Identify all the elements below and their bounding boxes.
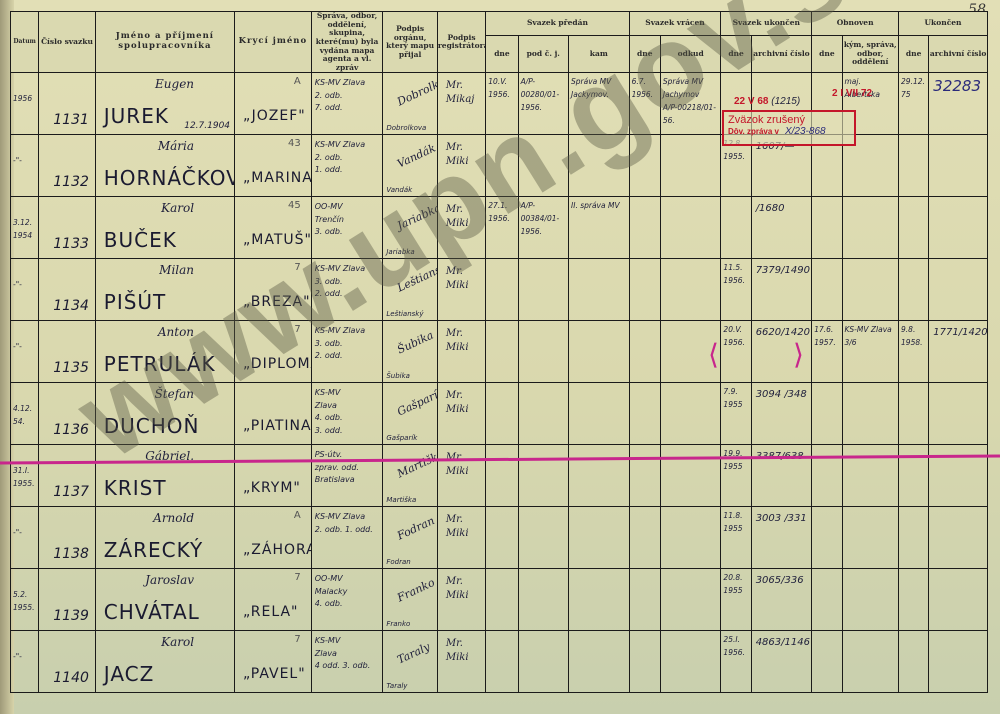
header-jmeno: Jméno a příjmení spolupracovníka bbox=[95, 12, 234, 73]
cell-cislo-svazku: 1138 bbox=[39, 507, 96, 569]
cell-cislo-svazku: 1134 bbox=[39, 259, 96, 321]
cell-datum: 31.I. 1955. bbox=[11, 445, 39, 507]
cell-kryci-jmeno: 43„MARINA" bbox=[235, 135, 312, 197]
cell-obnoven-dne bbox=[812, 631, 842, 693]
cell-datum: 4.12. 54. bbox=[11, 383, 39, 445]
header-datum: Datum bbox=[11, 12, 39, 73]
cell-sprava: KS-MV Zlava2. odb.1. odd. bbox=[311, 135, 383, 197]
cell-jmeno: JaroslavCHVÁTAL bbox=[95, 569, 234, 631]
cell-ukoncen-dne: 20.V.1956. bbox=[721, 321, 751, 383]
cell-podpis-organu: JariabkaJariabka bbox=[383, 197, 437, 259]
cell-konec-dne bbox=[899, 631, 929, 693]
cell-predan-kam bbox=[569, 383, 630, 445]
cell-sprava: OO-MVMalacky4. odb. bbox=[311, 569, 383, 631]
cell-podpis-organu: VandákVandák bbox=[383, 135, 437, 197]
cell-cislo-svazku: 1140 bbox=[39, 631, 96, 693]
cell-predan-kam bbox=[569, 321, 630, 383]
cell-konec-dne bbox=[899, 383, 929, 445]
cell-datum: 3.12. 1954 bbox=[11, 197, 39, 259]
cell-vracen-odkud: Správa MV JachymovA/P-00218/01-56. bbox=[660, 73, 721, 135]
header-obnoven: Obnoven bbox=[812, 12, 899, 36]
cell-predan-dne bbox=[486, 383, 518, 445]
cell-jmeno: KarolBUČEK bbox=[95, 197, 234, 259]
cell-vracen-odkud bbox=[660, 197, 721, 259]
cell-konec-archivni-cislo bbox=[929, 259, 988, 321]
cell-predan-kam: Správa MVJackymov. bbox=[569, 73, 630, 135]
subheader-dne: dne bbox=[486, 35, 518, 73]
header-svazek-ukoncen: Svazek ukončen bbox=[721, 12, 812, 36]
cell-sprava: PS-útv.zprav. odd.Bratislava bbox=[311, 445, 383, 507]
cell-jmeno: EugenJUREK12.7.1904 bbox=[95, 73, 234, 135]
subheader-kym: kým, správa, odbor, oddělení bbox=[842, 35, 899, 73]
cell-sprava: KS-MV Zlava2. odb.7. odd. bbox=[311, 73, 383, 135]
cell-datum: -"- bbox=[11, 135, 39, 197]
cell-vracen-odkud bbox=[660, 383, 721, 445]
cell-vracen-dne bbox=[629, 507, 660, 569]
cell-obnoven-kym bbox=[842, 569, 899, 631]
cell-kryci-jmeno: „PIATINA" bbox=[235, 383, 312, 445]
cell-sprava: KS-MV Zlava2. odb. 1. odd. bbox=[311, 507, 383, 569]
cell-obnoven-dne bbox=[812, 445, 842, 507]
cell-jmeno: AntonPETRULÁK bbox=[95, 321, 234, 383]
cell-vracen-dne: 6.7.1956. bbox=[629, 73, 660, 135]
cell-jmeno: KarolJACZ bbox=[95, 631, 234, 693]
cell-cislo-svazku: 1133 bbox=[39, 197, 96, 259]
cell-ukoncen-dne: 11.5.1956. bbox=[721, 259, 751, 321]
cell-kryci-jmeno: 7„PAVEL" bbox=[235, 631, 312, 693]
header-ukoncen: Ukončen bbox=[899, 12, 988, 36]
register-rows: 1956 1131 EugenJUREK12.7.1904 A„JOZEF" K… bbox=[11, 73, 988, 693]
cell-predan-cj bbox=[518, 631, 568, 693]
cell-konec-archivni-cislo bbox=[929, 631, 988, 693]
cell-vracen-dne bbox=[629, 631, 660, 693]
table-row: 4.12. 54. 1136 ŠtefanDUCHOŇ „PIATINA" KS… bbox=[11, 383, 988, 445]
cell-konec-dne: 9.8.1958. bbox=[899, 321, 929, 383]
cell-predan-cj: A/P-00384/01-1956. bbox=[518, 197, 568, 259]
cell-predan-dne bbox=[486, 445, 518, 507]
cell-kryci-jmeno: 45„MATUŠ" bbox=[235, 197, 312, 259]
cell-ukoncen-archivni-cislo: 7379/1490 bbox=[751, 259, 812, 321]
table-row: 5.2. 1955. 1139 JaroslavCHVÁTAL 7„RELA" … bbox=[11, 569, 988, 631]
cell-obnoven-dne bbox=[812, 569, 842, 631]
cell-predan-cj bbox=[518, 569, 568, 631]
cell-predan-dne bbox=[486, 507, 518, 569]
cell-vracen-dne bbox=[629, 321, 660, 383]
header-podpis-organu: Podpis orgánu, který mapu přijal bbox=[383, 12, 437, 73]
cell-cislo-svazku: 1136 bbox=[39, 383, 96, 445]
cell-predan-kam: II. správa MV bbox=[569, 197, 630, 259]
cell-ukoncen-dne: 19.9.1955 bbox=[721, 445, 751, 507]
cell-obnoven-kym bbox=[842, 383, 899, 445]
cell-ukoncen-dne: 11.8.1955 bbox=[721, 507, 751, 569]
table-row: 31.I. 1955. 1137 Gábriel.KRIST „KRYM" PS… bbox=[11, 445, 988, 507]
subheader-pod-cj: pod č. j. bbox=[518, 35, 568, 73]
cell-datum: -"- bbox=[11, 507, 39, 569]
cell-podpis-organu: MartiškaMartiška bbox=[383, 445, 437, 507]
header-kryci-jmeno: Krycí jméno bbox=[235, 12, 312, 73]
header-sprava: Správa, odbor, oddělení, skupina, které(… bbox=[311, 12, 383, 73]
cell-vracen-odkud bbox=[660, 631, 721, 693]
cell-podpis-organu: FodranFodran bbox=[383, 507, 437, 569]
cell-podpis-organu: GašparíkGašparík bbox=[383, 383, 437, 445]
cell-podpis-registratora: Mr.Miki bbox=[437, 631, 485, 693]
cell-vracen-dne bbox=[629, 569, 660, 631]
cell-ukoncen-dne bbox=[721, 197, 751, 259]
cell-vracen-odkud bbox=[660, 135, 721, 197]
subheader-archivni-cislo: archivní číslo bbox=[929, 35, 988, 73]
cell-kryci-jmeno: „KRYM" bbox=[235, 445, 312, 507]
cell-sprava: OO-MVTrenčín3. odb. bbox=[311, 197, 383, 259]
cell-ukoncen-dne: 25.I.1956. bbox=[721, 631, 751, 693]
cell-vracen-odkud bbox=[660, 259, 721, 321]
cell-konec-archivni-cislo bbox=[929, 383, 988, 445]
table-row: -"- 1134 MilanPIŠÚT 7„BREZA" KS-MV Zlava… bbox=[11, 259, 988, 321]
cell-vracen-odkud bbox=[660, 507, 721, 569]
cell-konec-archivni-cislo bbox=[929, 197, 988, 259]
cell-jmeno: ArnoldZÁRECKÝ bbox=[95, 507, 234, 569]
stamp-line-1: Zväzok zrušený bbox=[728, 114, 850, 126]
cell-obnoven-kym bbox=[842, 445, 899, 507]
cell-obnoven-kym bbox=[842, 259, 899, 321]
cell-datum: 5.2. 1955. bbox=[11, 569, 39, 631]
cell-jmeno: ŠtefanDUCHOŇ bbox=[95, 383, 234, 445]
stamp-date-2: 2 I VII 72 bbox=[832, 88, 872, 99]
cell-predan-cj bbox=[518, 135, 568, 197]
cell-podpis-organu: DobrolkovaDobrolkova bbox=[383, 73, 437, 135]
cell-predan-kam bbox=[569, 631, 630, 693]
cell-podpis-organu: FrankoFranko bbox=[383, 569, 437, 631]
cell-datum: 1956 bbox=[11, 73, 39, 135]
cell-konec-archivni-cislo bbox=[929, 507, 988, 569]
cell-cislo-svazku: 1132 bbox=[39, 135, 96, 197]
cell-cislo-svazku: 1135 bbox=[39, 321, 96, 383]
subheader-odkud: odkud bbox=[660, 35, 721, 73]
header-podpis-registratora: Podpis registrátora bbox=[437, 12, 485, 73]
cell-obnoven-dne bbox=[812, 197, 842, 259]
cell-predan-cj bbox=[518, 383, 568, 445]
cell-podpis-registratora: Mr.Miki bbox=[437, 507, 485, 569]
cell-podpis-organu: LeštianskýLeštianský bbox=[383, 259, 437, 321]
header-svazek-vracen: Svazek vrácen bbox=[629, 12, 721, 36]
cell-podpis-organu: TaralyTaraly bbox=[383, 631, 437, 693]
cell-predan-cj bbox=[518, 507, 568, 569]
cell-konec-dne bbox=[899, 569, 929, 631]
cell-predan-dne bbox=[486, 631, 518, 693]
cell-konec-dne bbox=[899, 259, 929, 321]
cell-vracen-odkud bbox=[660, 445, 721, 507]
cell-konec-dne bbox=[899, 197, 929, 259]
cell-jmeno: MáriaHORNÁČKOVÁ bbox=[95, 135, 234, 197]
cell-vracen-dne bbox=[629, 135, 660, 197]
subheader-dne: dne bbox=[721, 35, 751, 73]
subheader-dne: dne bbox=[629, 35, 660, 73]
cancelled-stamp: Zväzok zrušený Dôv. zpráva vX/23-868 bbox=[722, 110, 856, 146]
cell-podpis-registratora: Mr.Miki bbox=[437, 321, 485, 383]
cell-konec-archivni-cislo bbox=[929, 569, 988, 631]
table-row: -"- 1138 ArnoldZÁRECKÝ A„ZÁHORA" KS-MV Z… bbox=[11, 507, 988, 569]
cell-ukoncen-archivni-cislo: 3387/638 bbox=[751, 445, 812, 507]
subheader-dne: dne bbox=[812, 35, 842, 73]
header-svazek-predan: Svazek předán bbox=[486, 12, 629, 36]
cell-obnoven-kym: KS-MV Zlava3/6 bbox=[842, 321, 899, 383]
cell-datum: -"- bbox=[11, 631, 39, 693]
cell-ukoncen-dne: 7.9.1955 bbox=[721, 383, 751, 445]
cell-predan-cj: A/P-00280/01-1956. bbox=[518, 73, 568, 135]
table-row: 3.12. 1954 1133 KarolBUČEK 45„MATUŠ" OO-… bbox=[11, 197, 988, 259]
cell-sprava: KS-MV Zlava3. odb.2. odd. bbox=[311, 259, 383, 321]
cell-ukoncen-dne: 20.8.1955 bbox=[721, 569, 751, 631]
cell-kryci-jmeno: A„JOZEF" bbox=[235, 73, 312, 135]
stamp-line-2: Dôv. zpráva vX/23-868 bbox=[728, 126, 850, 137]
cell-konec-archivni-cislo: 1771/1420 bbox=[929, 321, 988, 383]
cell-ukoncen-archivni-cislo: 3065/336 bbox=[751, 569, 812, 631]
cell-kryci-jmeno: A„ZÁHORA" bbox=[235, 507, 312, 569]
cell-ukoncen-archivni-cislo: 4863/1146 bbox=[751, 631, 812, 693]
cell-predan-kam bbox=[569, 569, 630, 631]
stamp-date-1: 22 V 68 (1215) bbox=[734, 96, 800, 107]
cell-predan-dne bbox=[486, 321, 518, 383]
cell-kryci-jmeno: 7„BREZA" bbox=[235, 259, 312, 321]
subheader-archivni-cislo: archivní číslo bbox=[751, 35, 812, 73]
cell-predan-dne bbox=[486, 259, 518, 321]
cell-podpis-registratora: Mr.Miki bbox=[437, 445, 485, 507]
cell-konec-dne bbox=[899, 135, 929, 197]
cell-podpis-registratora: Mr.Miki bbox=[437, 259, 485, 321]
subheader-kam: kam bbox=[569, 35, 630, 73]
cell-jmeno: MilanPIŠÚT bbox=[95, 259, 234, 321]
cell-predan-cj bbox=[518, 321, 568, 383]
cell-predan-dne bbox=[486, 135, 518, 197]
subheader-dne: dne bbox=[899, 35, 929, 73]
cell-podpis-registratora: Mr.Miki bbox=[437, 383, 485, 445]
cell-podpis-registratora: Mr.Mikaj bbox=[437, 73, 485, 135]
cell-ukoncen-archivni-cislo: 3003 /331 bbox=[751, 507, 812, 569]
cell-ukoncen-archivni-cislo: 3094 /348 bbox=[751, 383, 812, 445]
cell-ukoncen-archivni-cislo: /1680 bbox=[751, 197, 812, 259]
header-cislo-svazku: Číslo svazku bbox=[39, 12, 96, 73]
cell-cislo-svazku: 1139 bbox=[39, 569, 96, 631]
cell-sprava: KS-MV Zlava3. odb.2. odd. bbox=[311, 321, 383, 383]
cell-jmeno: Gábriel.KRIST bbox=[95, 445, 234, 507]
cell-predan-cj bbox=[518, 445, 568, 507]
cell-vracen-dne bbox=[629, 197, 660, 259]
cell-obnoven-dne bbox=[812, 259, 842, 321]
cell-podpis-registratora: Mr.Miki bbox=[437, 197, 485, 259]
cell-predan-kam bbox=[569, 259, 630, 321]
magenta-bracket-left: ⟨ bbox=[708, 338, 719, 371]
cell-predan-dne: 10.V.1956. bbox=[486, 73, 518, 135]
cell-obnoven-dne bbox=[812, 383, 842, 445]
cell-predan-kam bbox=[569, 507, 630, 569]
table-row: -"- 1140 KarolJACZ 7„PAVEL" KS-MVZlava4 … bbox=[11, 631, 988, 693]
cell-podpis-organu: ŠubikaŠubika bbox=[383, 321, 437, 383]
cell-obnoven-dne: 17.6.1957. bbox=[812, 321, 842, 383]
cell-predan-cj bbox=[518, 259, 568, 321]
cell-datum: -"- bbox=[11, 259, 39, 321]
cell-konec-dne bbox=[899, 507, 929, 569]
cell-obnoven-kym bbox=[842, 507, 899, 569]
cell-vracen-dne bbox=[629, 445, 660, 507]
magenta-bracket-right: ⟩ bbox=[793, 338, 804, 371]
cell-cislo-svazku: 1131 bbox=[39, 73, 96, 135]
cell-predan-kam bbox=[569, 445, 630, 507]
cell-cislo-svazku: 1137 bbox=[39, 445, 96, 507]
cell-kryci-jmeno: 7„RELA" bbox=[235, 569, 312, 631]
cell-vracen-dne bbox=[629, 383, 660, 445]
cell-datum: -"- bbox=[11, 321, 39, 383]
cell-obnoven-kym bbox=[842, 631, 899, 693]
cell-predan-dne bbox=[486, 569, 518, 631]
cell-obnoven-kym bbox=[842, 197, 899, 259]
cell-vracen-dne bbox=[629, 259, 660, 321]
table-row: -"- 1135 AntonPETRULÁK 7„DIPLOMAT" KS-MV… bbox=[11, 321, 988, 383]
cell-konec-archivni-cislo bbox=[929, 135, 988, 197]
cell-kryci-jmeno: 7„DIPLOMAT" bbox=[235, 321, 312, 383]
cell-predan-kam bbox=[569, 135, 630, 197]
cell-obnoven-dne bbox=[812, 507, 842, 569]
cell-podpis-registratora: Mr.Miki bbox=[437, 569, 485, 631]
cell-vracen-odkud bbox=[660, 569, 721, 631]
cell-konec-archivni-cislo: 32283 bbox=[929, 73, 988, 135]
cell-konec-dne: 29.12.75 bbox=[899, 73, 929, 135]
cell-podpis-registratora: Mr.Miki bbox=[437, 135, 485, 197]
cell-predan-dne: 27.1.1956. bbox=[486, 197, 518, 259]
cell-sprava: KS-MVZlava4 odd. 3. odb. bbox=[311, 631, 383, 693]
cell-sprava: KS-MVZlava4. odb.3. odd. bbox=[311, 383, 383, 445]
